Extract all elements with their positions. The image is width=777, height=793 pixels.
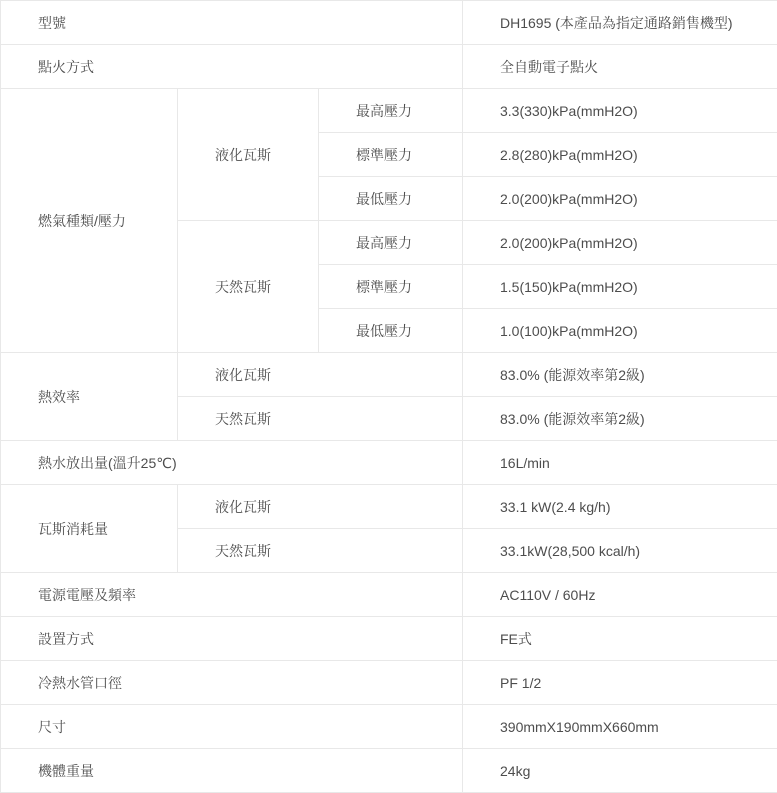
spec-label-weight: 機體重量 — [1, 749, 463, 793]
sub-label-lpg: 液化瓦斯 — [178, 89, 319, 221]
spec-value-ignition: 全自動電子點火 — [463, 45, 777, 89]
spec-value-power: AC110V / 60Hz — [463, 573, 777, 617]
table-row-gas-pressure: 燃氣種類/壓力 液化瓦斯 最高壓力 3.3(330)kPa(mmH2O) — [1, 89, 777, 133]
pressure-value-standard-ng: 1.5(150)kPa(mmH2O) — [463, 265, 777, 309]
spec-label-gas-type-pressure: 燃氣種類/壓力 — [1, 89, 178, 353]
spec-label-hot-water-output: 熱水放出量(溫升25℃) — [1, 441, 463, 485]
spec-value-hot-water-output: 16L/min — [463, 441, 777, 485]
spec-label-installation: 設置方式 — [1, 617, 463, 661]
table-row-dimensions: 尺寸 390mmX190mmX660mm — [1, 705, 777, 749]
pressure-value-max-ng: 2.0(200)kPa(mmH2O) — [463, 221, 777, 265]
pressure-label-max: 最高壓力 — [319, 221, 463, 265]
table-row-installation: 設置方式 FE式 — [1, 617, 777, 661]
product-spec-table: 型號 DH1695 (本產品為指定通路銷售機型) 點火方式 全自動電子點火 燃氣… — [0, 0, 777, 793]
spec-value-efficiency-ng: 83.0% (能源效率第2級) — [463, 397, 777, 441]
table-row-ignition: 點火方式 全自動電子點火 — [1, 45, 777, 89]
table-row-power: 電源電壓及頻率 AC110V / 60Hz — [1, 573, 777, 617]
pressure-label-standard: 標準壓力 — [319, 265, 463, 309]
pressure-label-min: 最低壓力 — [319, 309, 463, 353]
sub-label-natural-gas: 天然瓦斯 — [178, 529, 463, 573]
pressure-label-standard: 標準壓力 — [319, 133, 463, 177]
spec-label-gas-consumption: 瓦斯消耗量 — [1, 485, 178, 573]
sub-label-natural-gas: 天然瓦斯 — [178, 221, 319, 353]
spec-value-gas-consumption-ng: 33.1kW(28,500 kcal/h) — [463, 529, 777, 573]
spec-label-ignition: 點火方式 — [1, 45, 463, 89]
table-row-efficiency: 熱效率 液化瓦斯 83.0% (能源效率第2級) — [1, 353, 777, 397]
table-row-weight: 機體重量 24kg — [1, 749, 777, 793]
table-row-gas-consumption: 瓦斯消耗量 液化瓦斯 33.1 kW(2.4 kg/h) — [1, 485, 777, 529]
spec-value-pipe-diameter: PF 1/2 — [463, 661, 777, 705]
pressure-label-min: 最低壓力 — [319, 177, 463, 221]
table-row-hot-water-output: 熱水放出量(溫升25℃) 16L/min — [1, 441, 777, 485]
spec-label-dimensions: 尺寸 — [1, 705, 463, 749]
spec-value-installation: FE式 — [463, 617, 777, 661]
spec-value-dimensions: 390mmX190mmX660mm — [463, 705, 777, 749]
spec-value-efficiency-lpg: 83.0% (能源效率第2級) — [463, 353, 777, 397]
pressure-value-min-ng: 1.0(100)kPa(mmH2O) — [463, 309, 777, 353]
spec-label-pipe-diameter: 冷熱水管口徑 — [1, 661, 463, 705]
spec-label-power: 電源電壓及頻率 — [1, 573, 463, 617]
pressure-value-min-lpg: 2.0(200)kPa(mmH2O) — [463, 177, 777, 221]
pressure-value-max-lpg: 3.3(330)kPa(mmH2O) — [463, 89, 777, 133]
spec-value-weight: 24kg — [463, 749, 777, 793]
sub-label-lpg: 液化瓦斯 — [178, 353, 463, 397]
spec-value-gas-consumption-lpg: 33.1 kW(2.4 kg/h) — [463, 485, 777, 529]
pressure-value-standard-lpg: 2.8(280)kPa(mmH2O) — [463, 133, 777, 177]
spec-value-model: DH1695 (本產品為指定通路銷售機型) — [463, 1, 777, 45]
table-row-pipe-diameter: 冷熱水管口徑 PF 1/2 — [1, 661, 777, 705]
spec-label-efficiency: 熱效率 — [1, 353, 178, 441]
sub-label-lpg: 液化瓦斯 — [178, 485, 463, 529]
spec-label-model: 型號 — [1, 1, 463, 45]
pressure-label-max: 最高壓力 — [319, 89, 463, 133]
sub-label-natural-gas: 天然瓦斯 — [178, 397, 463, 441]
table-row-model: 型號 DH1695 (本產品為指定通路銷售機型) — [1, 1, 777, 45]
